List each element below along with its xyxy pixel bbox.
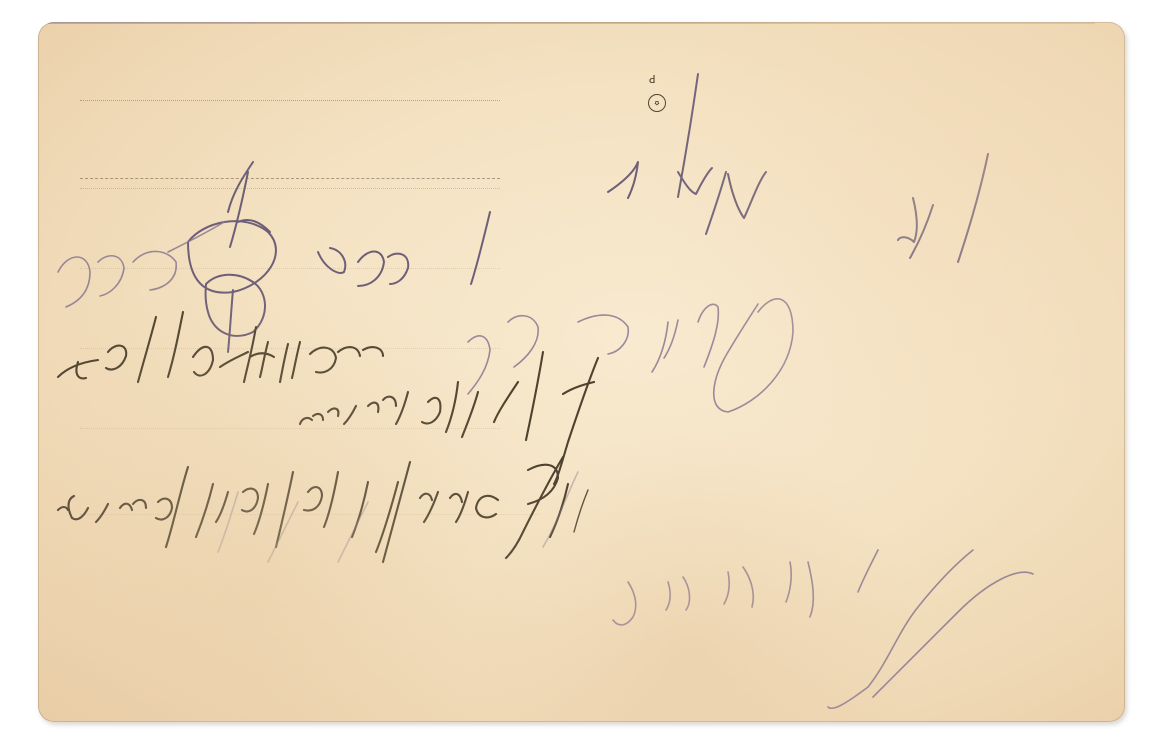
pencil-line-top <box>608 74 988 262</box>
pencil-line-bottom <box>613 550 1033 708</box>
pencil-line-middle <box>468 299 793 412</box>
ink-line-2 <box>300 352 598 484</box>
postcard-back: P ✿ <box>38 22 1125 722</box>
pencil-line-left <box>188 162 490 352</box>
ink-line-1-end <box>574 490 588 532</box>
ink-line-1 <box>58 457 568 562</box>
handwriting-layer <box>38 22 1125 722</box>
ink-line-date <box>58 312 383 382</box>
pencil-line-left-faint <box>58 222 224 307</box>
